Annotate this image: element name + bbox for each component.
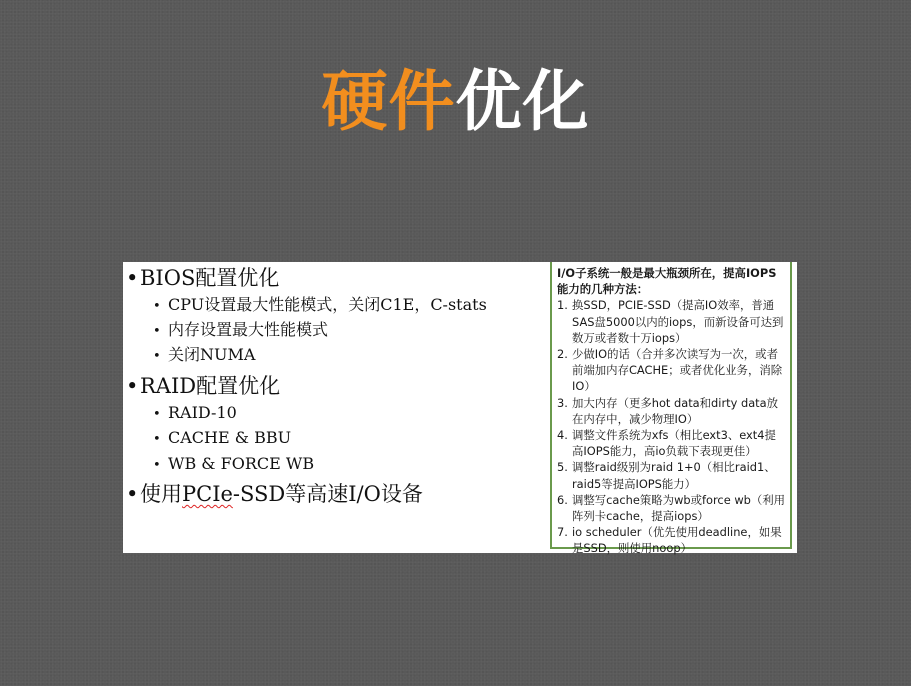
note-text: 加大内存（更多hot data和dirty data放在内存中，减少物理IO） <box>572 395 786 427</box>
bullet-icon: • <box>153 455 168 477</box>
slide-title: 硬件优化 <box>0 62 911 142</box>
note-item-4: 4. 调整文件系统为xfs（相比ext3、ext4提高IOPS能力，高io负载下… <box>557 427 786 459</box>
note-text: 少做IO的话（合并多次读写为一次，或者前端加内存CACHE；或者优化业务，消除I… <box>572 346 786 395</box>
content-panel: •BIOS配置优化 •CPU设置最大性能模式，关闭C1E，C-stats •内存… <box>123 262 797 553</box>
sub-item-label: 内存设置最大性能模式 <box>168 320 328 339</box>
list-item-label-prefix: 使用 <box>140 482 182 506</box>
sub-item-cache-bbu: •CACHE & BBU <box>153 427 291 451</box>
slide-title-rest: 优化 <box>456 63 590 140</box>
bullet-icon: • <box>153 296 168 318</box>
note-item-3: 3. 加大内存（更多hot data和dirty data放在内存中，减少物理I… <box>557 395 786 427</box>
slide-title-accent: 硬件 <box>322 63 456 140</box>
sub-item-raid10: •RAID-10 <box>153 402 237 426</box>
sub-item-label: CPU设置最大性能模式，关闭C1E，C-stats <box>168 295 487 314</box>
note-text: 换SSD，PCIE-SSD（提高IO效率，普通SAS盘5000以内的iops，而… <box>572 297 786 346</box>
bullet-icon: • <box>126 481 140 507</box>
note-item-7: 7. io scheduler（优先使用deadline，如果是SSD，则使用n… <box>557 524 786 556</box>
note-item-6: 6. 调整写cache策略为wb或force wb（利用阵列卡cache，提高i… <box>557 492 786 524</box>
sub-item-label: RAID-10 <box>168 403 237 422</box>
sub-item-label: 关闭NUMA <box>168 345 255 364</box>
note-item-5: 5. 调整raid级别为raid 1+0（相比raid1、raid5等提高IOP… <box>557 459 786 491</box>
note-text: 调整raid级别为raid 1+0（相比raid1、raid5等提高IOPS能力… <box>572 459 786 491</box>
note-number: 5. <box>557 459 572 491</box>
bullet-icon: • <box>153 429 168 451</box>
note-item-1: 1. 换SSD，PCIE-SSD（提高IO效率，普通SAS盘5000以内的iop… <box>557 297 786 346</box>
sub-item-memory: •内存设置最大性能模式 <box>153 319 328 343</box>
bullet-icon: • <box>126 265 140 291</box>
sub-item-wb: •WB & FORCE WB <box>153 453 314 477</box>
note-number: 2. <box>557 346 572 395</box>
note-number: 6. <box>557 492 572 524</box>
bullet-icon: • <box>126 373 140 399</box>
note-text: 调整写cache策略为wb或force wb（利用阵列卡cache，提高iops… <box>572 492 786 524</box>
note-number: 7. <box>557 524 572 556</box>
note-number: 3. <box>557 395 572 427</box>
note-item-2: 2. 少做IO的话（合并多次读写为一次，或者前端加内存CACHE；或者优化业务，… <box>557 346 786 395</box>
sub-item-label: WB & FORCE WB <box>168 454 314 473</box>
note-number: 1. <box>557 297 572 346</box>
list-item-bios: •BIOS配置优化 <box>126 265 279 291</box>
bullet-icon: • <box>153 404 168 426</box>
note-number: 4. <box>557 427 572 459</box>
note-text: 调整文件系统为xfs（相比ext3、ext4提高IOPS能力，高io负载下表现更… <box>572 427 786 459</box>
list-item-label: BIOS配置优化 <box>140 266 279 290</box>
iops-note-box: I/O子系统一般是最大瓶颈所在，提高IOPS能力的几种方法： 1. 换SSD，P… <box>550 262 792 549</box>
bullet-icon: • <box>153 346 168 368</box>
list-item-label-suffix: -SSD等高速I/O设备 <box>233 482 423 506</box>
spellcheck-word: PCIe <box>182 482 233 506</box>
optimization-list: •BIOS配置优化 •CPU设置最大性能模式，关闭C1E，C-stats •内存… <box>123 262 548 553</box>
list-item-pcie-ssd: •使用PCIe-SSD等高速I/O设备 <box>126 481 423 507</box>
list-item-raid: •RAID配置优化 <box>126 373 280 399</box>
note-text: io scheduler（优先使用deadline，如果是SSD，则使用noop… <box>572 524 786 556</box>
sub-item-label: CACHE & BBU <box>168 428 291 447</box>
bullet-icon: • <box>153 321 168 343</box>
list-item-label: RAID配置优化 <box>140 374 280 398</box>
sub-item-numa: •关闭NUMA <box>153 344 255 368</box>
sub-item-cpu: •CPU设置最大性能模式，关闭C1E，C-stats <box>153 294 487 318</box>
note-intro: I/O子系统一般是最大瓶颈所在，提高IOPS能力的几种方法： <box>557 265 786 297</box>
